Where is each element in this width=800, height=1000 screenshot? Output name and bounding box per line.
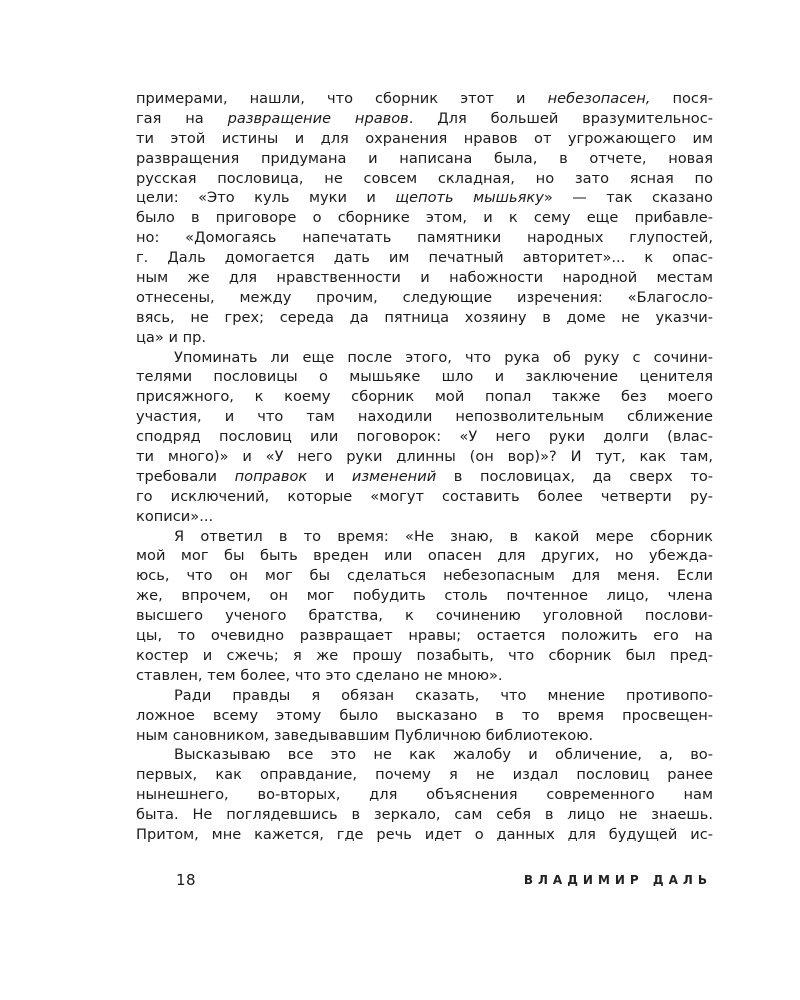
text-line: быта. Не поглядевшись в зеркало, сам себ… [136, 805, 713, 825]
text-line: кописи»... [136, 507, 713, 527]
text-line: Ради правды я обязан сказать, что мнение… [136, 686, 713, 706]
text-line: же, впрочем, он мог побудить столь почте… [136, 586, 713, 606]
text-run: русская пословица, не совсем складная, н… [136, 170, 713, 187]
text-line: ложное всему этому было высказано в то в… [136, 706, 713, 726]
text-run: первых, как оправдание, почему я не изда… [136, 766, 713, 783]
text-line: первых, как оправдание, почему я не изда… [136, 765, 713, 785]
italic-text: поправок [235, 468, 308, 485]
text-run: сподряд пословиц или поговорок: «У него … [136, 428, 713, 445]
text-line: но: «Домогаясь напечатать памятники наро… [136, 228, 713, 248]
text-run: участия, и что там находили непозволител… [136, 408, 713, 425]
text-run: мой мог бы быть вреден или опасен для др… [136, 547, 713, 564]
text-line: го исключений, которые «могут составить … [136, 487, 713, 507]
text-run: но: «Домогаясь напечатать памятники наро… [136, 229, 713, 246]
text-run: Притом, мне кажется, где речь идет о дан… [136, 826, 713, 843]
text-run: ным же для нравственности и набожности н… [136, 269, 713, 286]
text-run: ти много)» и «У него руки длинны (он вор… [136, 448, 713, 465]
text-run: же, впрочем, он мог побудить столь почте… [136, 587, 713, 604]
text-line: отнесены, между прочим, следующие изрече… [136, 288, 713, 308]
italic-text: изменений [352, 468, 436, 485]
text-run: кописи»... [136, 508, 213, 525]
text-line: сподряд пословиц или поговорок: «У него … [136, 427, 713, 447]
text-line: Притом, мне кажется, где речь идет о дан… [136, 825, 713, 845]
italic-text: щепоть мышьяку [395, 189, 543, 206]
text-line: развращения придумана и написана была, в… [136, 149, 713, 169]
text-run: было в приговоре о сборнике этом, и к се… [136, 209, 713, 226]
text-line: ставлен, тем более, что это сделано не м… [136, 666, 713, 686]
page-number: 18 [176, 871, 196, 889]
text-run: цы, то очевидно развращает нравы; остает… [136, 627, 713, 644]
text-line: ти много)» и «У него руки длинны (он вор… [136, 447, 713, 467]
text-line: высшего ученого братства, к сочинению уг… [136, 606, 713, 626]
text-run: и [307, 468, 352, 485]
text-line: Я ответил в то время: «Не знаю, в какой … [136, 527, 713, 547]
text-run: ным сановником, заведывавшим Публичною б… [136, 727, 593, 744]
text-line: примерами, нашли, что сборник этот и неб… [136, 89, 713, 109]
text-line: костер и сжечь; я же прошу позабыть, что… [136, 646, 713, 666]
text-run: Я ответил в то время: «Не знаю, в какой … [174, 528, 713, 545]
text-run: ставлен, тем более, что это сделано не м… [136, 667, 503, 684]
text-run: ложное всему этому было высказано в то в… [136, 707, 713, 724]
text-run: Ради правды я обязан сказать, что мнение… [174, 687, 713, 704]
text-run: требовали [136, 468, 235, 485]
text-run: ти этой истины и для охранения нравов от… [136, 130, 713, 147]
page-body-text: примерами, нашли, что сборник этот и неб… [136, 89, 713, 845]
text-run: . Для большей вразумительнос- [409, 110, 713, 127]
text-line: участия, и что там находили непозволител… [136, 407, 713, 427]
text-run: цели: «Это куль муки и [136, 189, 395, 206]
text-line: требовали поправок и изменений в послови… [136, 467, 713, 487]
text-run: присяжного, к коему сборник мой попал та… [136, 388, 713, 405]
text-line: присяжного, к коему сборник мой попал та… [136, 387, 713, 407]
text-run: гая на [136, 110, 228, 127]
text-run: Упоминать ли еще после этого, что рука о… [174, 349, 713, 366]
italic-text: развращение нравов [228, 110, 409, 127]
text-line: Высказываю все это не как жалобу и облич… [136, 745, 713, 765]
text-line: было в приговоре о сборнике этом, и к се… [136, 208, 713, 228]
text-run: » — так сказано [544, 189, 713, 206]
running-title: ВЛАДИМИР ДАЛЬ [524, 873, 712, 887]
italic-text: небезопасен, [548, 90, 651, 107]
text-line: юсь, что он мог бы сделаться небезопасны… [136, 566, 713, 586]
text-run: г. Даль домогается дать им печатный авто… [136, 249, 713, 266]
text-line: Упоминать ли еще после этого, что рука о… [136, 348, 713, 368]
text-run: Высказываю все это не как жалобу и облич… [174, 746, 713, 763]
text-line: гая на развращение нравов. Для большей в… [136, 109, 713, 129]
text-run: пося- [650, 90, 713, 107]
text-line: ца» и пр. [136, 328, 713, 348]
text-run: го исключений, которые «могут составить … [136, 488, 713, 505]
text-run: примерами, нашли, что сборник этот и [136, 90, 548, 107]
text-line: телями пословицы о мышьяке шло и заключе… [136, 367, 713, 387]
text-run: развращения придумана и написана была, в… [136, 150, 713, 167]
text-line: ным сановником, заведывавшим Публичною б… [136, 726, 713, 746]
text-run: в пословицах, да сверх то- [436, 468, 713, 485]
text-run: нынешнего, во-вторых, для объяснения сов… [136, 786, 713, 803]
text-line: ным же для нравственности и набожности н… [136, 268, 713, 288]
text-line: русская пословица, не совсем складная, н… [136, 169, 713, 189]
text-line: мой мог бы быть вреден или опасен для др… [136, 546, 713, 566]
text-run: высшего ученого братства, к сочинению уг… [136, 607, 713, 624]
text-run: ца» и пр. [136, 329, 206, 346]
text-line: цы, то очевидно развращает нравы; остает… [136, 626, 713, 646]
text-run: отнесены, между прочим, следующие изрече… [136, 289, 713, 306]
text-line: г. Даль домогается дать им печатный авто… [136, 248, 713, 268]
text-line: нынешнего, во-вторых, для объяснения сов… [136, 785, 713, 805]
text-run: юсь, что он мог бы сделаться небезопасны… [136, 567, 713, 584]
text-line: вясь, не грех; середа да пятница хозяину… [136, 308, 713, 328]
text-run: вясь, не грех; середа да пятница хозяину… [136, 309, 713, 326]
text-line: цели: «Это куль муки и щепоть мышьяку» —… [136, 188, 713, 208]
text-run: костер и сжечь; я же прошу позабыть, что… [136, 647, 713, 664]
text-line: ти этой истины и для охранения нравов от… [136, 129, 713, 149]
text-run: быта. Не поглядевшись в зеркало, сам себ… [136, 806, 713, 823]
text-run: телями пословицы о мышьяке шло и заключе… [136, 368, 713, 385]
